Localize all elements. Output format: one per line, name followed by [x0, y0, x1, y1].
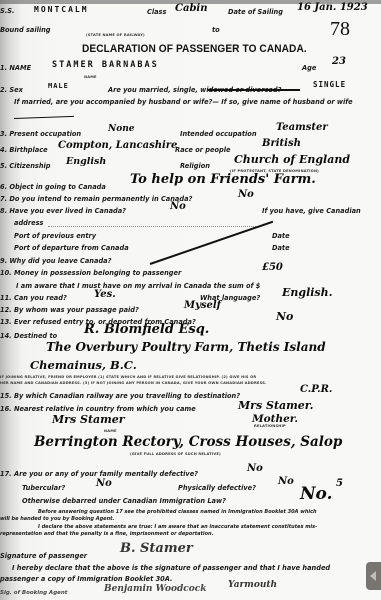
strikethrough — [208, 89, 300, 91]
destined-hint-1: IF JOINING RELATIVE, FRIEND OR EMPLOYER … — [0, 375, 256, 379]
debarred-label: Otherwise debarred under Canadian Immigr… — [22, 497, 226, 505]
page-title: DECLARATION OF PASSENGER TO CANADA. — [82, 43, 307, 55]
previous-page-button[interactable] — [366, 562, 381, 590]
note-1: Before answering question 17 see the pro… — [38, 509, 317, 515]
declare-text: I hereby declare that the above is the s… — [12, 564, 330, 572]
port-entry-label: Port of previous entry — [14, 232, 96, 240]
intended-occupation-value: Teamster — [276, 122, 328, 133]
destined-line2: The Overbury Poultry Farm, Thetis Island — [46, 340, 326, 354]
relative-address: Berrington Rectory, Cross Houses, Salop — [34, 434, 342, 450]
q16-label: 16. Nearest relative in country from whi… — [0, 405, 196, 413]
relationship-hint: RELATIONSHIP — [254, 424, 286, 428]
ship-name: MONTCALM — [34, 5, 89, 14]
name-value: STAMER BARNABAS — [52, 60, 159, 70]
age-value: 23 — [332, 56, 346, 67]
race-label: Race or people — [175, 146, 230, 154]
relative-name-inline: Mrs Stamer. — [238, 399, 313, 412]
bound-label: Bound sailing — [0, 26, 51, 34]
q17-label: 17. Are you or any of your family mental… — [0, 470, 198, 478]
relative-name: Mrs Stamer — [52, 413, 125, 426]
age-label: Age — [302, 64, 316, 72]
object-value: To help on Friends' Farm. — [130, 172, 316, 187]
q4-label: 4. Birthplace — [0, 146, 48, 154]
relative-address-hint: (GIVE FULL ADDRESS OF SUCH RELATIVE) — [130, 452, 221, 456]
address-label: address — [14, 219, 43, 227]
intended-occupation-label: Intended occupation — [180, 130, 257, 138]
agent-label: Sig. of Booking Agent — [0, 590, 67, 596]
agent-signature: Benjamin Woodcock — [104, 584, 206, 594]
note-2: I declare the above statements are true:… — [38, 524, 317, 530]
physical-value: No — [278, 476, 294, 487]
q2-label: 2. Sex — [0, 86, 23, 94]
aware-text: I am aware that I must have on my arriva… — [16, 282, 260, 290]
destined-line3: Chemainus, B.C. — [30, 358, 137, 372]
strikethrough — [150, 221, 274, 265]
read-value: Yes. — [94, 289, 116, 300]
declare-text-2: passenger a copy of Immigration Booklet … — [0, 575, 172, 583]
chevron-left-icon — [370, 571, 376, 581]
ss-label: S.S. — [0, 7, 15, 15]
date-of-sailing-label: Date of Sailing — [228, 8, 283, 16]
debarred-value: No. — [300, 484, 333, 504]
q10-label: 10. Money in possession belonging to pas… — [0, 269, 181, 277]
sex-value: MALE — [48, 82, 69, 90]
ship-hint: (STATE NAME OF RAILWAY) — [86, 33, 145, 37]
marital-value: SINGLE — [313, 80, 346, 89]
q3-label: 3. Present occupation — [0, 130, 81, 138]
q14-label: 14. Destined to — [0, 332, 57, 340]
occupation-value: None — [108, 124, 135, 134]
q1-label: 1. NAME — [0, 64, 31, 72]
destined-line1: R. Blomfield Esq. — [84, 322, 209, 337]
note-1b: will be handed to you by Booking Agent. — [0, 516, 114, 522]
port-departure-date-label: Date — [272, 244, 290, 252]
lived-value: No — [170, 201, 186, 212]
spouse-label: If married, are you accompanied by husba… — [14, 98, 353, 106]
q9-label: 9. Why did you leave Canada? — [0, 257, 111, 265]
stamp-number: 5 — [336, 478, 343, 489]
passenger-signature: B. Stamer — [120, 541, 193, 556]
religion-value: Church of England — [234, 153, 350, 166]
class-label: Class — [147, 8, 166, 16]
relative-name-hint: NAME — [104, 429, 117, 433]
port-departure-label: Port of departure from Canada — [14, 244, 129, 252]
language-value: English. — [282, 286, 332, 299]
tubercular-value: No — [96, 478, 112, 489]
citizenship-value: English — [66, 156, 106, 167]
railway-value: C.P.R. — [300, 384, 332, 395]
q5-label: 5. Citizenship — [0, 162, 51, 170]
birthplace-value: Compton, Lancashire — [58, 140, 177, 151]
form-number: 78 — [330, 18, 350, 41]
physical-label: Physically defective? — [178, 484, 256, 492]
mental-value: No — [247, 463, 263, 474]
q12-label: 12. By whom was your passage paid? — [0, 306, 139, 314]
address-line — [48, 226, 258, 227]
strikethrough — [14, 116, 74, 119]
tubercular-label: Tubercular? — [22, 484, 65, 492]
note-2b: representation and that the penalty is a… — [0, 531, 214, 537]
lived-hint: If you have, give Canadian — [262, 207, 361, 215]
remain-value: No — [238, 189, 254, 200]
passage-value: Myself — [184, 300, 221, 311]
to-label: to — [212, 26, 220, 34]
q7-label: 7. Do you intend to remain permanently i… — [0, 195, 192, 203]
scanned-document: S.S. MONTCALM Class Cabin Date of Sailin… — [0, 0, 381, 600]
signature-label: Signature of passenger — [0, 552, 87, 560]
refused-value: No — [276, 310, 293, 323]
q11-label: 11. Can you read? — [0, 294, 67, 302]
race-value: British — [262, 138, 301, 149]
name-hint: NAME — [84, 75, 97, 79]
money-value: £50 — [262, 262, 283, 273]
q6-label: 6. Object in going to Canada — [0, 183, 106, 191]
religion-label: Religion — [180, 162, 210, 170]
date-of-sailing-value: 16 Jan. 1923 — [297, 2, 368, 13]
port-entry-date-label: Date — [272, 232, 290, 240]
agent-place: Yarmouth — [228, 580, 277, 590]
class-value: Cabin — [175, 3, 208, 14]
q8-label: 8. Have you ever lived in Canada? — [0, 207, 126, 215]
q15-label: 15. By which Canadian railway are you tr… — [0, 392, 240, 400]
destined-hint-2: HER NAME AND CANADIAN ADDRESS. (3) IF NO… — [0, 381, 267, 385]
